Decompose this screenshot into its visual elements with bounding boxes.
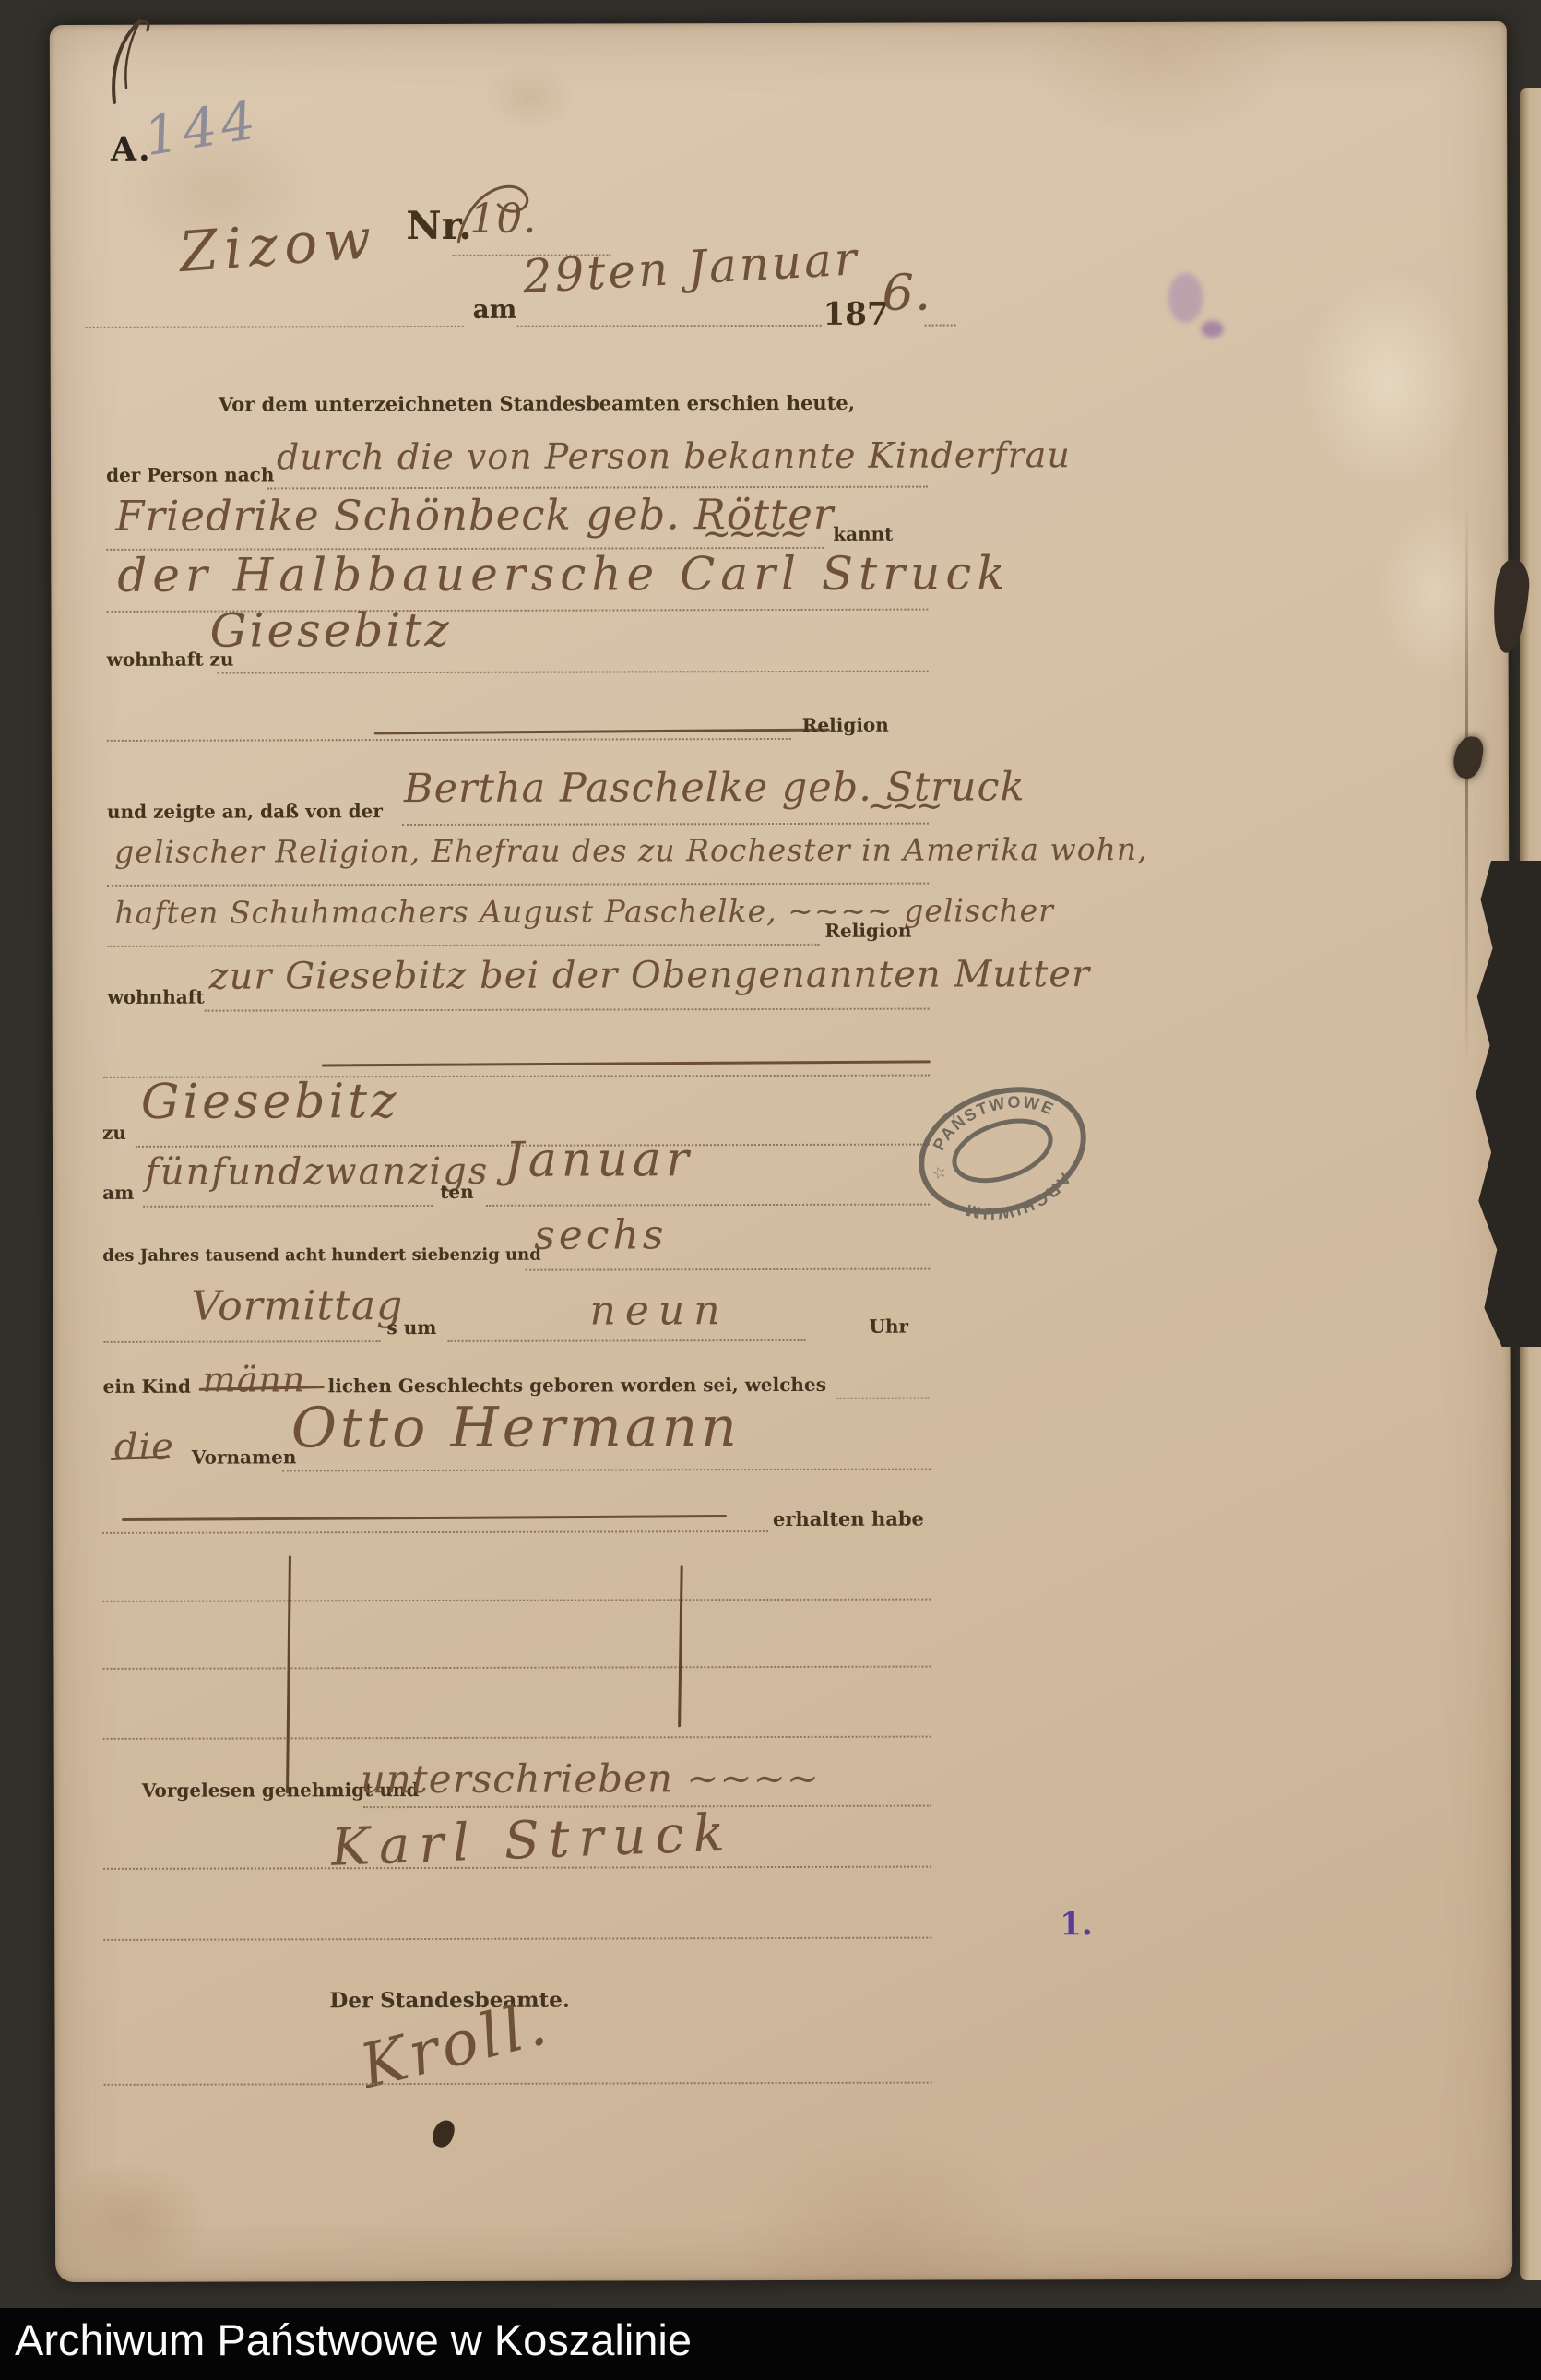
time-rule-mid [448, 1339, 806, 1342]
archive-oval-stamp: PAŃSTWOWE ARCHIWUM ☆ [896, 1063, 1108, 1239]
mother-residence-rule [205, 1008, 930, 1012]
welches-rule [837, 1398, 930, 1399]
birth-place-value: Giesebitz [141, 1077, 400, 1126]
child-names-value: Otto Hermann [291, 1399, 741, 1456]
mother-residence-value: zur Giesebitz bei der Obengenannten Mutt… [208, 956, 1090, 995]
s-um-label: s um [386, 1317, 436, 1338]
birth-month-value: Januar [504, 1136, 693, 1184]
year-line-label: des Jahres tausend acht hundert siebenzi… [102, 1246, 541, 1266]
mother-line2-rule [107, 883, 929, 887]
ein-kind-label: ein Kind [103, 1376, 191, 1397]
birth-day-value: fünfundzwanzigs [145, 1153, 489, 1191]
mid-rule [103, 1937, 931, 1941]
ink-blot [431, 2118, 457, 2149]
person-nach-fill: durch die von Person bekannte Kinderfrau [277, 437, 1071, 474]
mother-line3-text: haften Schuhmachers August Paschelke, ~~… [114, 895, 1054, 928]
religion1-label: Religion [802, 715, 889, 735]
erhalten-habe-label: erhalten habe [773, 1508, 924, 1530]
zeigte-an-label: und zeigte an, daß von der [107, 801, 383, 822]
dateline-rule-date [517, 325, 822, 327]
empty-rule-2 [102, 1666, 931, 1670]
registrar-rule [104, 2082, 932, 2086]
dateline-day-month: 29ten Januar [521, 235, 860, 300]
uhr-label: Uhr [869, 1316, 908, 1337]
dateline-place: Zizow [178, 211, 380, 280]
dateline-year-handwritten: 6. [882, 268, 931, 318]
residence-value: Giesebitz [209, 607, 451, 654]
scanned-register-photo: { "annotations": { "corner_letter": "A."… [0, 0, 1541, 2380]
pen-flourish-icon [445, 170, 546, 251]
page-crease [1465, 503, 1468, 1070]
residence-rule [218, 671, 929, 674]
zu-label: zu [102, 1123, 126, 1143]
person-nach-label: der Person nach [106, 464, 274, 484]
religion1-dash [374, 729, 830, 735]
wohnhaft-label: wohnhaft [108, 987, 205, 1007]
time-rule-left [104, 1340, 381, 1343]
mother-rule [402, 823, 929, 826]
birth-month-rule [486, 1204, 930, 1207]
purple-smudge [1168, 273, 1203, 323]
purple-smudge-dot [1202, 321, 1224, 338]
year-word-value: sechs [534, 1215, 667, 1255]
child-names-rule [282, 1469, 931, 1472]
dateline-am-label: am [473, 296, 517, 325]
erhalten-dash [122, 1515, 727, 1521]
ten-label: ten [440, 1182, 474, 1202]
closing-handwritten: unterschrieben ~~~~ [361, 1759, 820, 1799]
vorname-article: die [114, 1429, 174, 1466]
empty-rule-3 [103, 1736, 931, 1740]
empty-rule-1 [102, 1599, 931, 1602]
stamp-arc-bottom-text: ARCHIWUM [957, 1166, 1080, 1235]
gender-value: männ [203, 1362, 306, 1397]
dateline-rule-place [86, 326, 464, 328]
svg-text:ARCHIWUM: ARCHIWUM [957, 1166, 1080, 1235]
register-page: A. 144 Nr. 10. Zizow am 29ten Januar 187… [50, 21, 1512, 2282]
year-word-rule [525, 1268, 930, 1271]
archive-name-label: Archiwum Państwowe w Koszalinie [15, 2315, 692, 2365]
dateline-rule-end [925, 325, 956, 327]
hour-value: neun [589, 1291, 729, 1331]
declarant-signature: Karl Struck [330, 1808, 734, 1874]
intro-sentence: Vor dem unterzeichneten Standesbeamten e… [219, 392, 855, 415]
cancel-stroke-left [286, 1555, 291, 1793]
midwife-filler-squiggle: ~~~~ [702, 516, 804, 551]
person-nach-rule [267, 486, 928, 490]
kannt-label: kannt [833, 524, 893, 544]
religion2-label: Religion [824, 921, 911, 941]
ink-flourish-top-left-icon [83, 12, 166, 118]
am-label: am [102, 1183, 134, 1203]
birth-day-rule [143, 1205, 433, 1208]
purple-number: 1. [1060, 1906, 1093, 1943]
time-period-value: Vormittag [191, 1286, 403, 1327]
mother-filler-squiggle: ~~~ [867, 791, 940, 824]
gender-rest-label: lichen Geschlechts geboren worden sei, w… [328, 1374, 826, 1396]
erhalten-rule [102, 1530, 768, 1534]
mother-line2-text: gelischer Religion, Ehefrau des zu Roche… [114, 834, 1148, 867]
mother-line3-rule [107, 944, 819, 947]
continuation-dash [322, 1060, 931, 1066]
cancel-stroke-right [678, 1565, 683, 1727]
stamp-star-icon: ☆ [930, 1162, 949, 1184]
vornamen-label: Vornamen [192, 1446, 297, 1467]
dateline-year-printed: 187 [824, 298, 889, 333]
religion1-rule [107, 738, 791, 742]
declarant-name: der Halbbauersche Carl Struck [117, 550, 1010, 599]
